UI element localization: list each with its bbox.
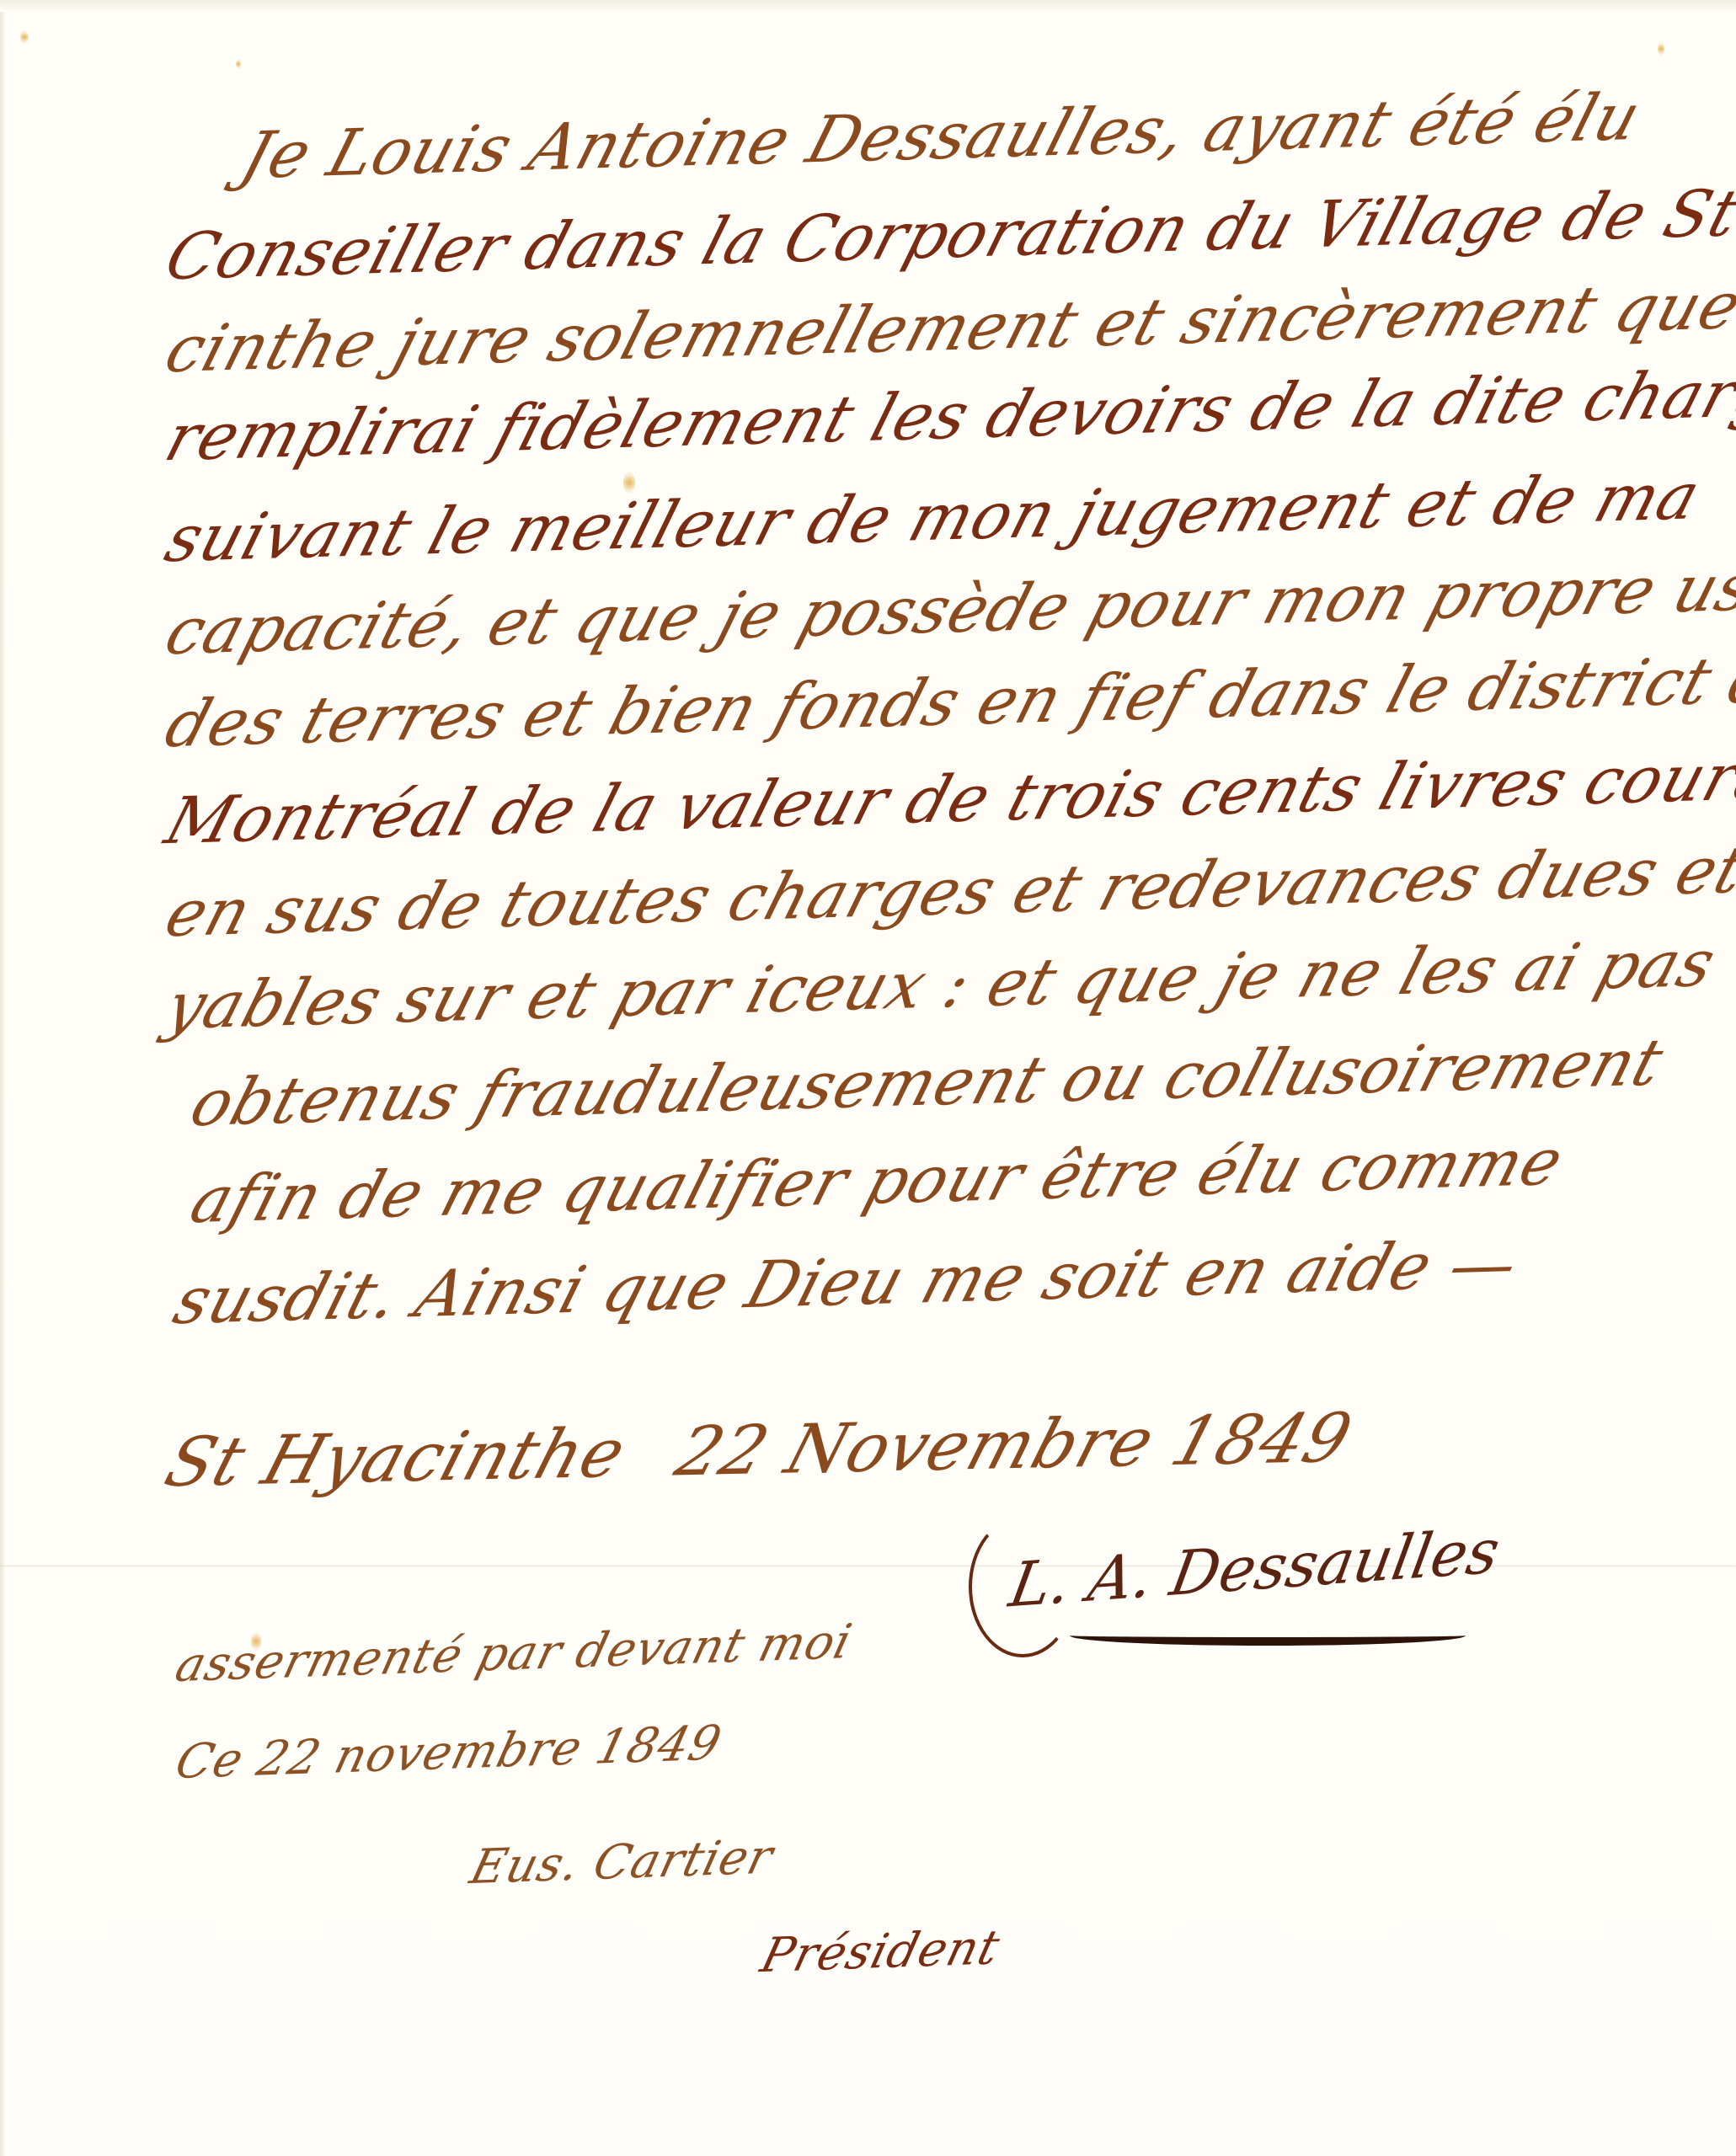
signature: L. A. Dessaulles: [1004, 1515, 1504, 1621]
signature-underline-flourish: [1070, 1625, 1466, 1646]
oath-line: Je Louis Antoine Dessaulles, ayant été é…: [233, 78, 1650, 193]
dateline-date: 22 Novembre 1849: [667, 1398, 1361, 1491]
dateline: St Hyacinthe 22 Novembre 1849: [157, 1398, 1361, 1502]
oath-line: afin de me qualifier pour être élu comme: [183, 1123, 1573, 1237]
attestation-sworn-line: assermenté par devant moi: [170, 1614, 857, 1694]
paper-edge-left: [0, 0, 5, 2156]
ink-stain: [20, 30, 29, 44]
dateline-place: St Hyacinthe: [157, 1413, 635, 1502]
ink-stain: [1658, 42, 1664, 56]
attestation-official-name: Eus. Cartier: [465, 1829, 779, 1895]
paper-edge-top: [0, 0, 1736, 12]
attestation-date: Ce 22 novembre 1849: [170, 1716, 728, 1790]
ink-stain: [236, 59, 241, 69]
attestation-official-title: Président: [756, 1920, 1006, 1983]
document-page: Je Louis Antoine Dessaulles, ayant été é…: [0, 0, 1736, 2156]
oath-line: susdit. Ainsi que Dieu me soit en aide —: [166, 1225, 1528, 1338]
oath-line: obtenus frauduleusement ou collusoiremen…: [183, 1024, 1673, 1140]
